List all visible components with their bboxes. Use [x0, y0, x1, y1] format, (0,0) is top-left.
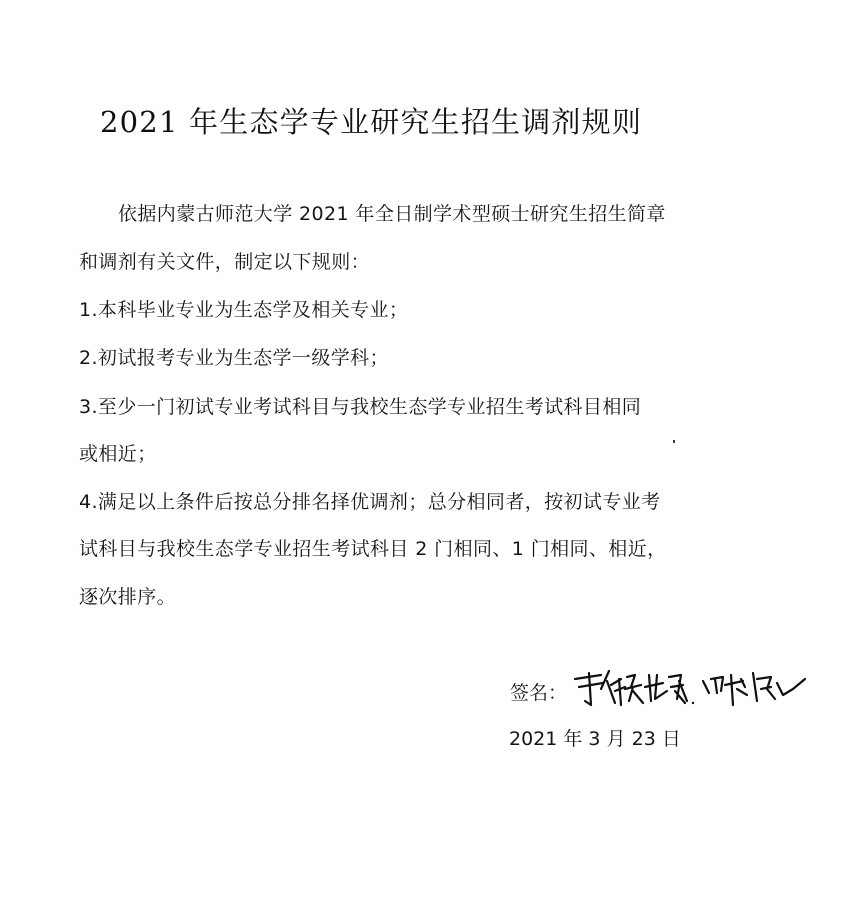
handwritten-signature-icon	[571, 665, 811, 709]
rule-2: 2.初试报考专业为生态学一级学科；	[79, 344, 389, 372]
signature-label: 签名：	[510, 679, 567, 707]
intro-line-1: 依据内蒙古师范大学 2021 年全日制学术型硕士研究生招生简章	[118, 200, 666, 228]
signature-block: 签名：	[510, 665, 811, 709]
intro-line-2: 和调剂有关文件，制定以下规则：	[79, 248, 370, 276]
rule-3-line-2: 或相近；	[79, 440, 157, 468]
document-title: 2021 年生态学专业研究生招生调剂规则	[100, 100, 740, 144]
rule-1: 1.本科毕业专业为生态学及相关专业；	[79, 296, 408, 324]
rule-3-line-1: 3.至少一门初试专业考试科目与我校生态学专业招生考试科目相同	[79, 393, 641, 421]
document-page: 2021 年生态学专业研究生招生调剂规则 依据内蒙古师范大学 2021 年全日制…	[0, 0, 849, 901]
rule-4-line-2: 试科目与我校生态学专业招生考试科目 2 门相同、1 门相同、相近，	[79, 535, 667, 563]
rule-4-line-3: 逐次排序。	[79, 583, 176, 611]
scan-speck	[673, 440, 675, 443]
rule-4-line-1: 4.满足以上条件后按总分排名择优调剂；总分相同者，按初试专业考	[79, 488, 661, 516]
document-date: 2021 年 3 月 23 日	[509, 725, 681, 753]
